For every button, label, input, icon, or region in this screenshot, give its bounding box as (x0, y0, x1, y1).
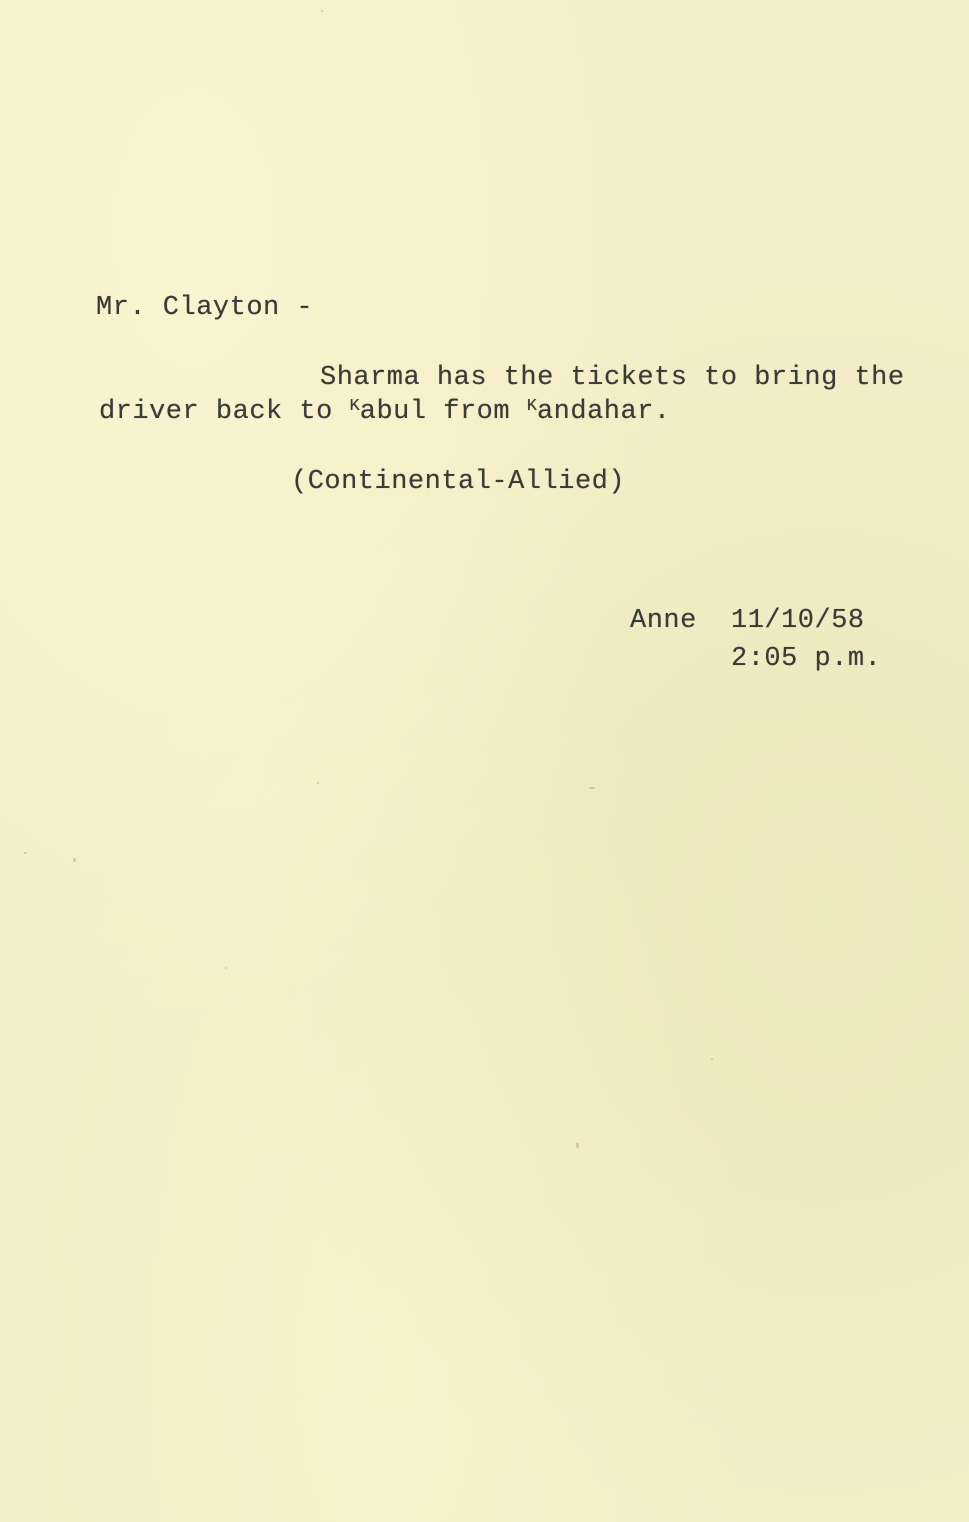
paper-fleck (711, 1058, 713, 1060)
memo-page: Mr. Clayton - Sharma has the tickets to … (0, 0, 969, 1522)
salutation: Mr. Clayton - (96, 291, 313, 325)
paper-fleck (24, 852, 27, 854)
parenthetical-note: (Continental-Allied) (291, 465, 625, 499)
paper-fleck (321, 10, 323, 12)
paper-fleck (589, 787, 595, 789)
paper-fleck (317, 782, 319, 784)
kabul-initial: K (350, 397, 360, 416)
body-line-1: Sharma has the tickets to bring the (320, 361, 905, 395)
body-line-2: driver back to Kabul from Kandahar. (99, 395, 671, 432)
paper-fleck (576, 1143, 579, 1148)
paper-fleck (225, 967, 227, 969)
kandahar-initial: K (527, 397, 537, 416)
body-text: andahar. (537, 397, 671, 427)
body-text: abul from (360, 397, 527, 427)
paper-fleck (73, 858, 76, 862)
body-text: driver back to (99, 397, 350, 427)
signature-date: 11/10/58 (731, 604, 865, 638)
signature-time: 2:05 p.m. (731, 642, 881, 676)
signature-name: Anne (630, 604, 697, 638)
